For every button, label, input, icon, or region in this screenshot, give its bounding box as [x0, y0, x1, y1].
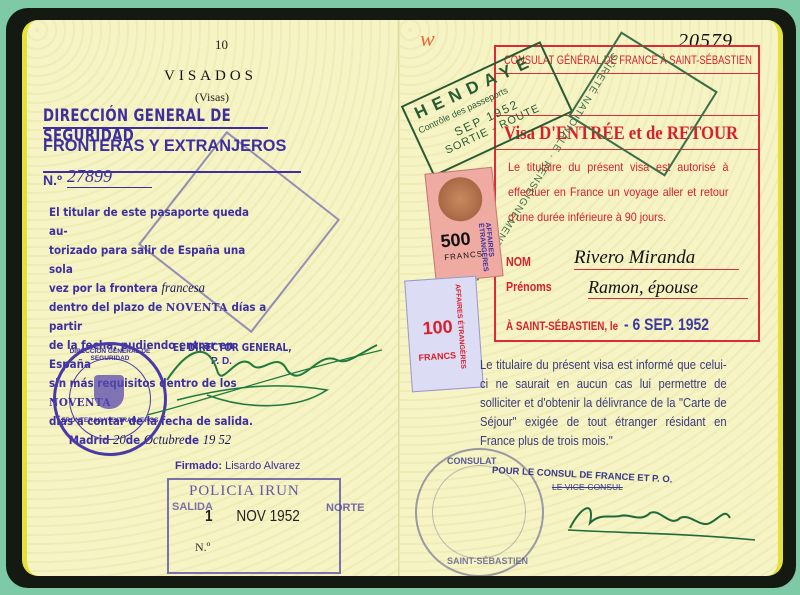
residence-notice: Le titulaire du présent visa est informé…	[480, 356, 727, 451]
given-names-value: Ramon, épouse	[588, 277, 748, 299]
issue-year: 19 52	[203, 433, 231, 448]
director-signature	[127, 320, 387, 430]
police-irun-stamp: POLICIA IRUN SALIDA 1NOV 1952 N.º NORTE	[167, 478, 341, 574]
page-subheading: (Visas)	[195, 90, 229, 105]
right-page: w 20579 CONSULAT SAINT-SÉBASTIEN CONSULA…	[400, 20, 783, 576]
surname-value: Rivero Miranda	[574, 247, 739, 270]
fiscal-stamp-100: 100 FRANCS AFFAIRES ÉTRANGÈRES	[404, 276, 484, 393]
marianne-coin-icon	[436, 175, 484, 223]
period-word: NOVENTA	[166, 300, 228, 314]
fiscal-stamp-500: 500 FRANCS AFFAIRES ÉTRANGÈRES	[424, 167, 503, 284]
page-heading: VISADOS	[164, 68, 257, 85]
police-stamp-header: POLICIA IRUN	[189, 483, 300, 500]
consul-signature	[560, 488, 760, 548]
issue-place-label: À SAINT-SÉBASTIEN, le	[506, 319, 618, 333]
coat-of-arms-icon	[94, 375, 124, 409]
permit-number-value: 27899	[67, 166, 152, 188]
police-stamp-side-left: SALIDA	[172, 500, 182, 514]
text-line: El titular de este pasaporte queda au-	[49, 203, 270, 241]
text-line: vez por la frontera francesa	[49, 279, 270, 298]
department-title: FRONTERAS Y EXTRANJEROS	[43, 136, 286, 156]
seal-inner-ring	[432, 465, 526, 559]
left-page: 10 VISADOS (Visas) DIRECCIÓN GENERAL DE …	[22, 20, 405, 576]
frontier-handwritten: francesa	[162, 281, 205, 296]
divider	[43, 127, 268, 129]
text-line: torizado para salir de España una sola	[49, 241, 270, 279]
police-stamp-date: 1NOV 1952	[205, 508, 300, 526]
corner-mark: w	[420, 26, 435, 52]
given-names-label: Prénoms	[506, 279, 552, 294]
signed-by: Firmado: Lisardo Alvarez	[175, 460, 300, 472]
visa-issue-date: - 6 SEP. 1952	[624, 315, 709, 335]
page-number: 10	[215, 37, 228, 53]
surname-label: NOM	[506, 254, 531, 269]
police-stamp-number: N.º	[195, 540, 210, 555]
permit-number-label: N.º	[43, 172, 62, 188]
police-stamp-side-right: NORTE	[326, 502, 336, 515]
